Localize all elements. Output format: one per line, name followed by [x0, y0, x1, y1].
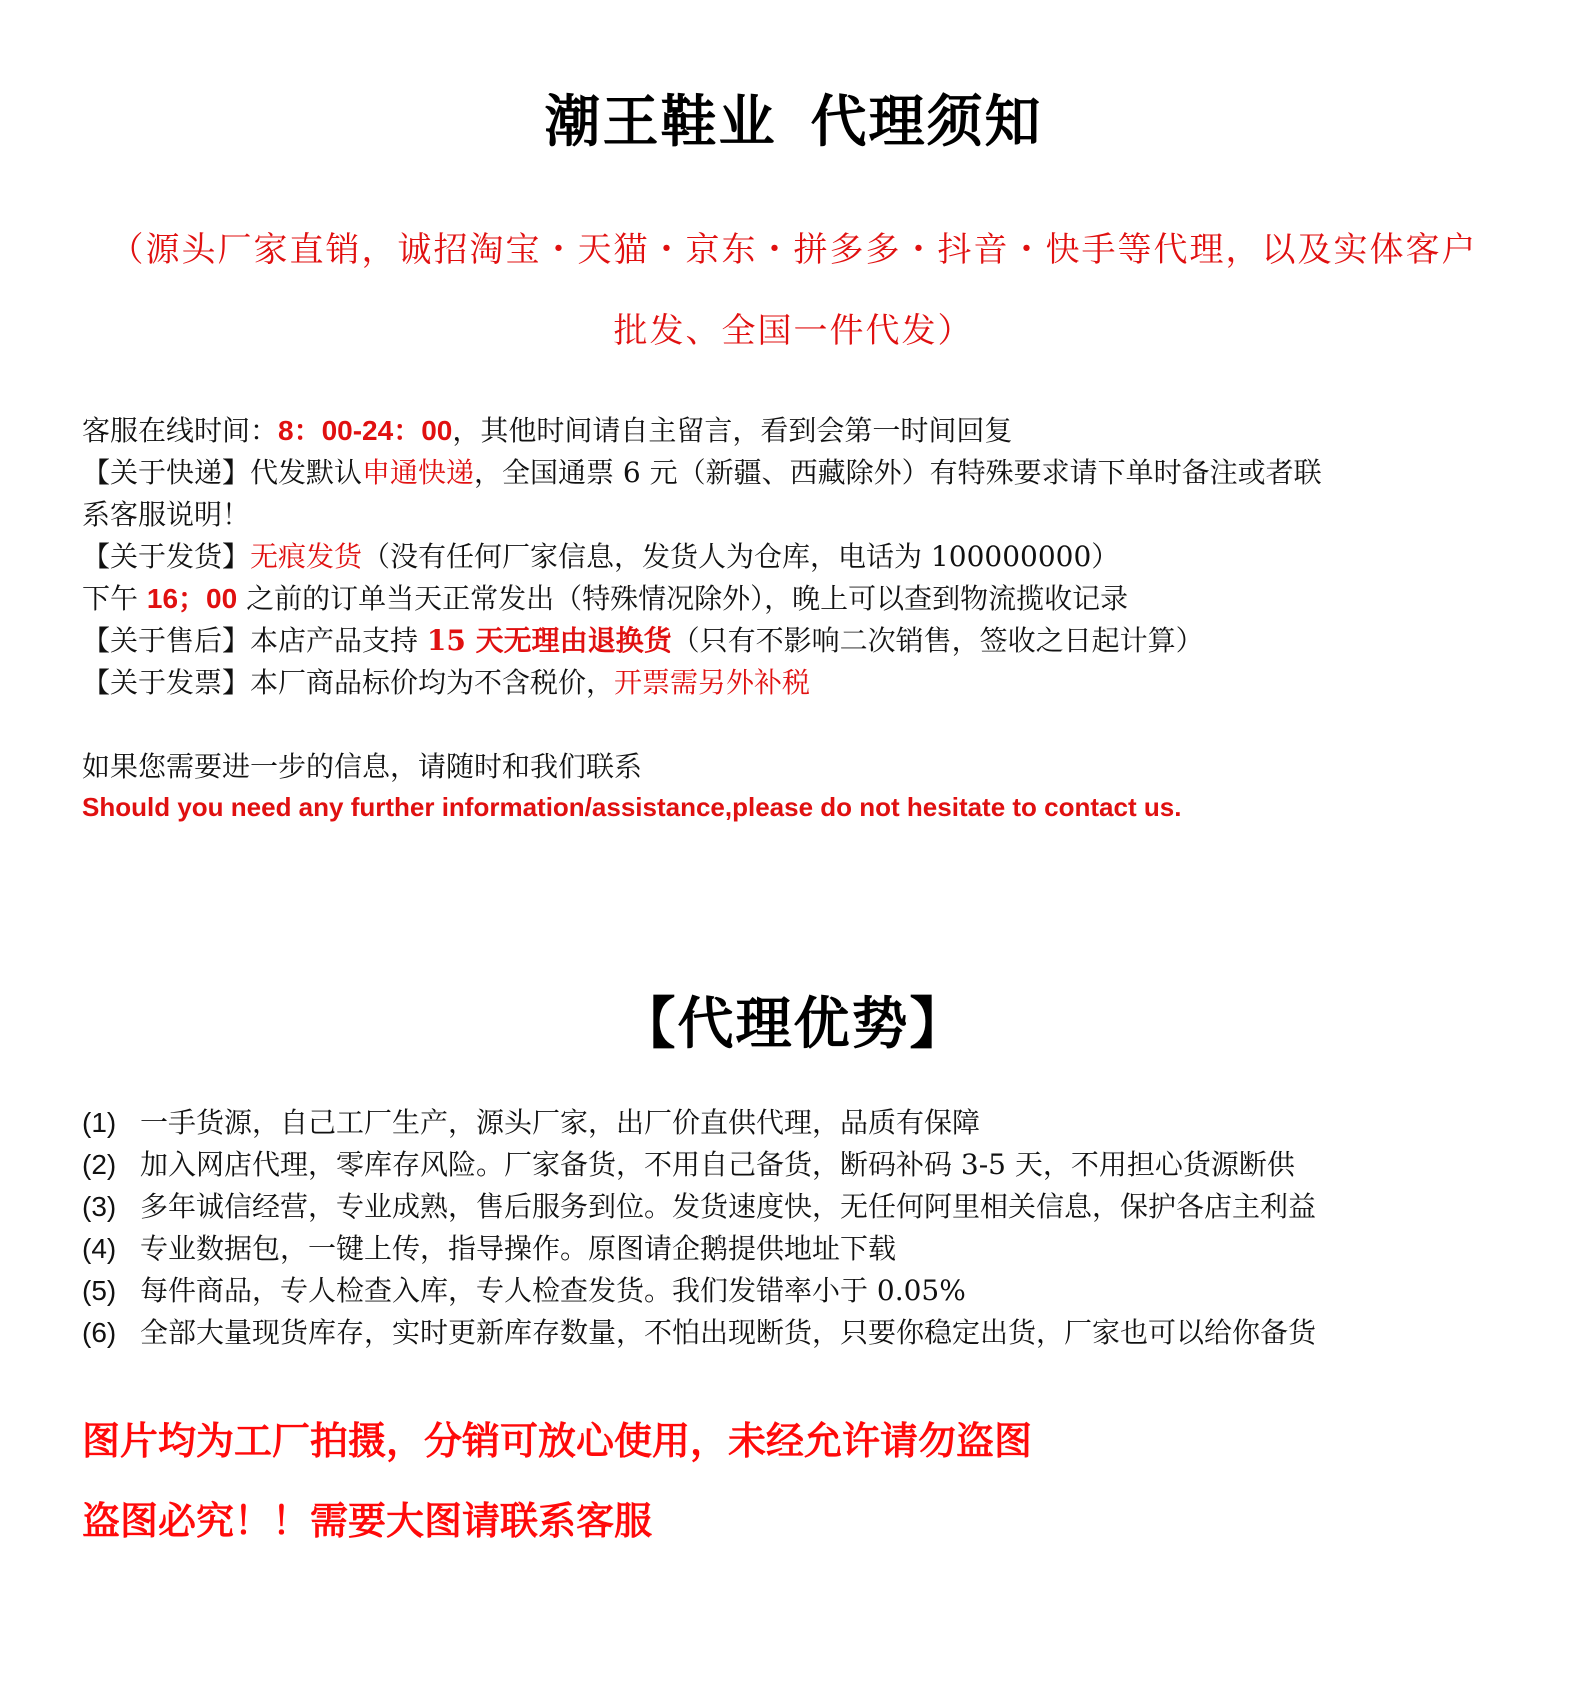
- advantage-item: (5)每件商品，专人检查入库，专人检查发货。我们发错率小于 0.05%: [82, 1270, 966, 1312]
- shipping-note: （没有任何厂家信息，发货人为仓库，电话为 100000000）: [362, 540, 1119, 573]
- advantage-index: (4): [82, 1228, 140, 1270]
- notice-heading: 代理须知: [811, 90, 1043, 155]
- express-carrier: 申通快递: [362, 456, 474, 489]
- express-line-cont: 系客服说明！: [82, 494, 250, 536]
- brand-name: 潮王鞋业: [545, 90, 777, 155]
- contact-cn: 如果您需要进一步的信息，请随时和我们联系: [82, 746, 642, 788]
- invoice-label: 【关于发票】本厂商品标价均为不含税价，: [82, 666, 614, 699]
- advantage-index: (5): [82, 1270, 140, 1312]
- advantage-item: (6)全部大量现货库存，实时更新库存数量，不怕出现断货，只要你稳定出货，厂家也可…: [82, 1312, 1316, 1354]
- page-title: 潮王鞋业代理须知: [0, 78, 1587, 158]
- advantage-text: 专业数据包，一键上传，指导操作。原图请企鹅提供地址下载: [140, 1232, 896, 1265]
- theft-warning: 盗图必究！！需要大图请联系客服: [82, 1490, 652, 1545]
- advantage-item: (3)多年诚信经营，专业成熟，售后服务到位。发货速度快，无任何阿里相关信息，保护…: [82, 1186, 1316, 1228]
- advantage-text: 多年诚信经营，专业成熟，售后服务到位。发货速度快，无任何阿里相关信息，保护各店主…: [140, 1190, 1316, 1223]
- service-hours-note: ，其他时间请自主留言，看到会第一时间回复: [452, 414, 1012, 447]
- advantage-item: (2)加入网店代理，零库存风险。厂家备货，不用自己备货，断码补码 3-5 天，不…: [82, 1144, 1295, 1186]
- intro-line-1: （源头厂家直销，诚招淘宝・天猫・京东・拼多多・抖音・快手等代理，以及实体客户: [0, 222, 1587, 271]
- invoice-line: 【关于发票】本厂商品标价均为不含税价，开票需另外补税: [82, 662, 810, 704]
- advantages-title: 【代理优势】: [0, 980, 1587, 1060]
- shipping-label: 【关于发货】: [82, 540, 250, 573]
- shipping-line: 【关于发货】无痕发货（没有任何厂家信息，发货人为仓库，电话为 100000000…: [82, 536, 1119, 578]
- cutoff-time: 16；00: [147, 583, 237, 614]
- advantage-item: (4)专业数据包，一键上传，指导操作。原图请企鹅提供地址下载: [82, 1228, 896, 1270]
- after-sales-note: （只有不影响二次销售，签收之日起计算）: [672, 624, 1204, 657]
- service-hours-line: 客服在线时间：8：00-24：00，其他时间请自主留言，看到会第一时间回复: [82, 410, 1012, 452]
- invoice-highlight: 开票需另外补税: [614, 666, 810, 699]
- express-label: 【关于快递】代发默认: [82, 456, 362, 489]
- after-sales-label: 【关于售后】本店产品支持: [82, 624, 427, 657]
- advantage-text: 每件商品，专人检查入库，专人检查发货。我们发错率小于 0.05%: [140, 1274, 966, 1307]
- intro-line-2: 批发、全国一件代发）: [0, 303, 1587, 352]
- advantage-index: (6): [82, 1312, 140, 1354]
- advantage-index: (1): [82, 1102, 140, 1144]
- service-hours-value: 8：00-24：00: [278, 415, 452, 446]
- advantage-index: (3): [82, 1186, 140, 1228]
- cutoff-line: 下午 16；00 之前的订单当天正常发出（特殊情况除外），晚上可以查到物流揽收记…: [82, 578, 1128, 620]
- advantage-text: 一手货源，自己工厂生产，源头厂家，出厂价直供代理，品质有保障: [140, 1106, 980, 1139]
- express-note: ，全国通票 6 元（新疆、西藏除外）有特殊要求请下单时备注或者联: [474, 456, 1322, 489]
- after-sales-line: 【关于售后】本店产品支持 15 天无理由退换货（只有不影响二次销售，签收之日起计…: [82, 620, 1204, 662]
- advantage-index: (2): [82, 1144, 140, 1186]
- advantage-item: (1)一手货源，自己工厂生产，源头厂家，出厂价直供代理，品质有保障: [82, 1102, 980, 1144]
- contact-en: Should you need any further information/…: [82, 792, 1181, 823]
- after-sales-highlight: 15 天无理由退换货: [427, 624, 672, 657]
- service-hours-label: 客服在线时间：: [82, 414, 278, 447]
- express-line: 【关于快递】代发默认申通快递，全国通票 6 元（新疆、西藏除外）有特殊要求请下单…: [82, 452, 1322, 494]
- advantage-text: 加入网店代理，零库存风险。厂家备货，不用自己备货，断码补码 3-5 天，不用担心…: [140, 1148, 1295, 1181]
- shipping-highlight: 无痕发货: [250, 540, 362, 573]
- cutoff-prefix: 下午: [82, 582, 147, 615]
- cutoff-note: 之前的订单当天正常发出（特殊情况除外），晚上可以查到物流揽收记录: [237, 582, 1128, 615]
- advantage-text: 全部大量现货库存，实时更新库存数量，不怕出现断货，只要你稳定出货，厂家也可以给你…: [140, 1316, 1316, 1349]
- copyright-warning: 图片均为工厂拍摄，分销可放心使用，未经允许请勿盗图: [82, 1410, 1032, 1465]
